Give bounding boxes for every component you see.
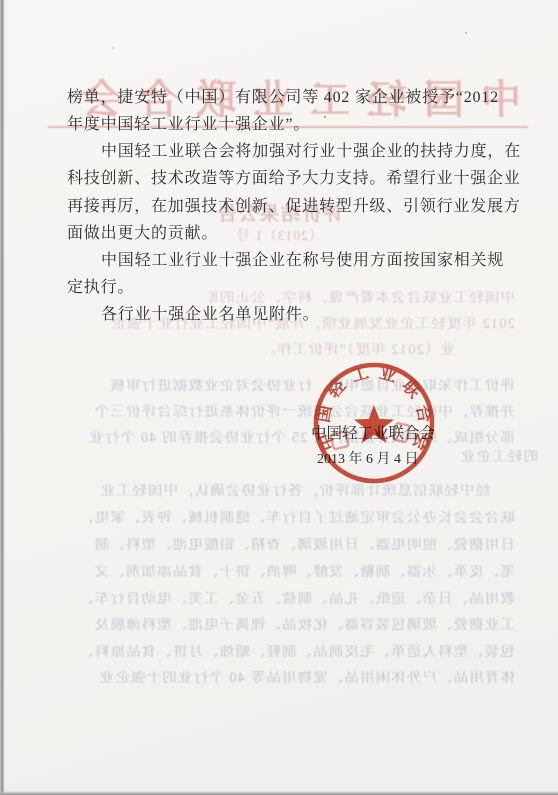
document-text-line: 定执行。 [67, 274, 515, 301]
document-body: 榜单，捷安特（中国）有限公司等 402 家企业被授予“2012年度中国轻工业行业… [67, 84, 515, 328]
document-text-line: 再接再厉，在加强技术创新、促进转型升级、引领行业发展方 [67, 193, 515, 220]
scan-edge-left [0, 0, 5, 795]
document-text-line: 中国轻工业联合会将加强对行业十强企业的扶持力度，在 [67, 138, 515, 165]
document-text-line: 科技创新、技术改造等方面给予大力支持。希望行业十强企业 [67, 165, 515, 192]
paper-speck [465, 32, 467, 34]
seal-star-icon [354, 405, 394, 443]
scan-edge-bottom [0, 791, 558, 795]
document-text-line: 年度中国轻工业行业十强企业”。 [67, 111, 515, 138]
seal-graphic: 中国轻工业联合会 [311, 360, 437, 486]
document-text-line: 面做出更大的贡献。 [67, 220, 515, 247]
official-red-seal: 中国轻工业联合会 [311, 360, 437, 486]
scanned-official-document: 中国轻工业联合会 评价结果公告 （2013）1 号 中国轻工业联合会本着严谨、科… [0, 0, 558, 795]
document-text-layer: 榜单，捷安特（中国）有限公司等 402 家企业被授予“2012年度中国轻工业行业… [0, 0, 558, 795]
document-text-line: 中国轻工业行业十强企业在称号使用方面按国家相关规 [67, 247, 515, 274]
seal-bleed-mark [393, 423, 409, 442]
document-text-line: 各行业十强企业名单见附件。 [67, 301, 515, 328]
paper-speck [324, 116, 326, 118]
document-text-line: 榜单，捷安特（中国）有限公司等 402 家企业被授予“2012 [67, 84, 515, 111]
paper-speck [112, 47, 114, 49]
